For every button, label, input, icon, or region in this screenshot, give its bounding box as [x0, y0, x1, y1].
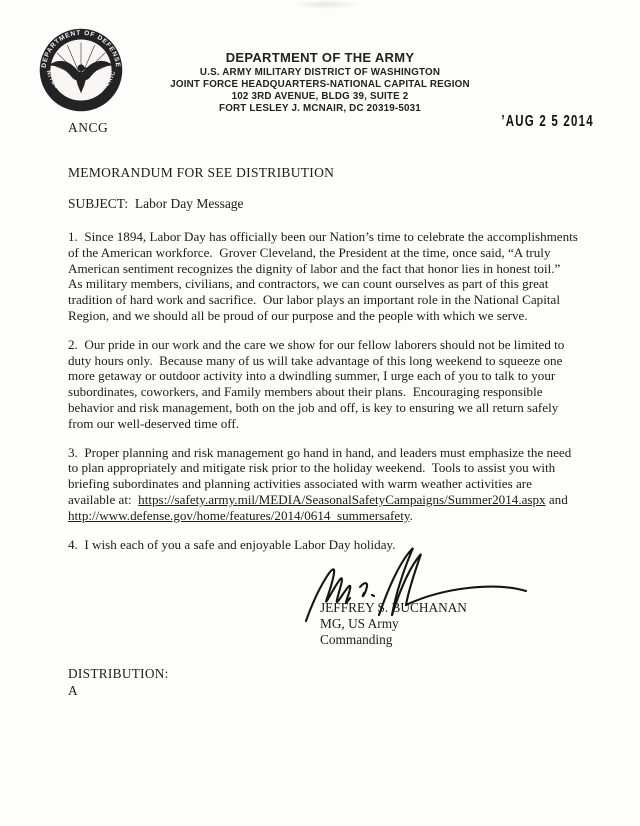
subject-line: SUBJECT: Labor Day Message	[68, 196, 244, 212]
signer-rank: MG, US Army	[320, 616, 467, 632]
scan-artifact	[292, 0, 362, 9]
memorandum-for-line: MEMORANDUM FOR SEE DISTRIBUTION	[68, 165, 334, 181]
signature-block: JEFFREY S. BUCHANAN MG, US Army Commandi…	[320, 600, 467, 649]
paragraph-1: 1. Since 1894, Labor Day has officially …	[68, 229, 580, 324]
letterhead-department: DEPARTMENT OF THE ARMY	[0, 50, 640, 65]
signer-title: Commanding	[320, 632, 467, 648]
signer-name: JEFFREY S. BUCHANAN	[320, 600, 467, 616]
letterhead: DEPARTMENT OF THE ARMY U.S. ARMY MILITAR…	[0, 50, 640, 115]
paragraph-3: 3. Proper planning and risk management g…	[68, 445, 580, 524]
letterhead-street-address: 102 3RD AVENUE, BLDG 39, SUITE 2	[0, 91, 640, 103]
letterhead-headquarters: JOINT FORCE HEADQUARTERS-NATIONAL CAPITA…	[0, 79, 640, 91]
memo-page: DEPARTMENT OF DEFENSE UNITED STATES OF A…	[0, 0, 640, 826]
office-symbol: ANCG	[68, 120, 108, 136]
distribution-label: DISTRIBUTION:	[68, 666, 169, 683]
defense-gov-link: http://www.defense.gov/home/features/201…	[68, 508, 410, 523]
memo-body: 1. Since 1894, Labor Day has officially …	[68, 229, 580, 565]
date-stamp: ʼAUG 2 5 2014	[501, 111, 594, 129]
letterhead-command: U.S. ARMY MILITARY DISTRICT OF WASHINGTO…	[0, 67, 640, 79]
distribution-block: DISTRIBUTION: A	[68, 666, 169, 699]
paragraph-3-period: .	[410, 508, 413, 523]
distribution-value: A	[68, 683, 169, 700]
paragraph-3-connector: and	[546, 492, 571, 507]
paragraph-2: 2. Our pride in our work and the care we…	[68, 337, 580, 432]
safety-army-link: https://safety.army.mil/MEDIA/SeasonalSa…	[138, 492, 545, 507]
